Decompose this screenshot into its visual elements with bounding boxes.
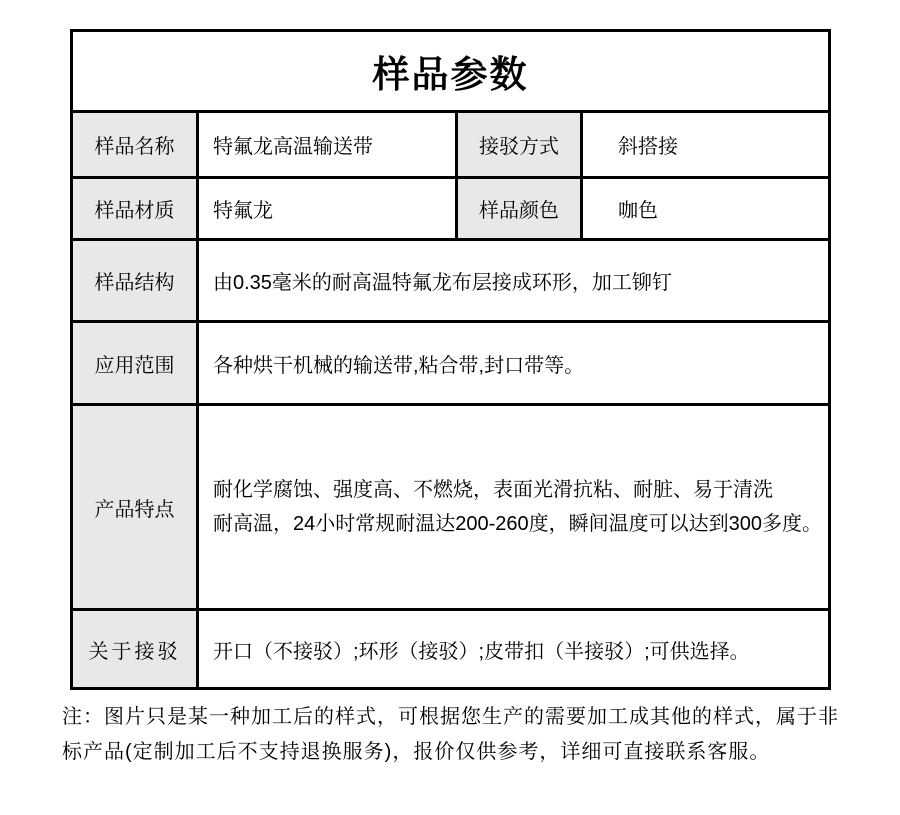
footer-note-line-2: 标产品(定制加工后不支持退换服务)，报价仅供参考，详细可直接联系客服。 (62, 735, 852, 770)
value-sample-color: 咖色 (583, 179, 828, 238)
value-sample-material: 特氟龙 (199, 179, 455, 238)
table-row-sample-name: 样品名称 特氟龙高温输送带 接驳方式 斜搭接 (73, 113, 828, 176)
footer-note: 注：图片只是某一种加工后的样式，可根据您生产的需要加工成其他的样式，属于非 标产… (62, 700, 852, 770)
table-row-sample-structure: 样品结构 由0.35毫米的耐高温特氟龙布层接成环形，加工铆钉 (73, 241, 828, 320)
label-sample-name: 样品名称 (73, 113, 196, 176)
value-joint-method: 斜搭接 (583, 113, 828, 176)
value-sample-structure: 由0.35毫米的耐高温特氟龙布层接成环形，加工铆钉 (199, 241, 828, 320)
value-product-features: 耐化学腐蚀、强度高、不燃烧，表面光滑抗粘、耐脏、易于清洗 耐高温，24小时常规耐… (199, 406, 828, 608)
label-sample-color: 样品颜色 (458, 179, 580, 238)
label-application-range: 应用范围 (73, 323, 196, 403)
table-row-about-joints: 关于接驳 开口（不接驳）;环形（接驳）;皮带扣（半接驳）;可供选择。 (73, 611, 828, 687)
product-features-line-2: 耐高温，24小时常规耐温达200-260度，瞬间温度可以达到300多度。 (213, 507, 822, 541)
label-sample-structure: 样品结构 (73, 241, 196, 320)
table-row-application-range: 应用范围 各种烘干机械的输送带,粘合带,封口带等。 (73, 323, 828, 403)
label-product-features: 产品特点 (73, 406, 196, 608)
value-sample-name: 特氟龙高温输送带 (199, 113, 455, 176)
table-row-sample-material: 样品材质 特氟龙 样品颜色 咖色 (73, 179, 828, 238)
label-sample-material: 样品材质 (73, 179, 196, 238)
value-application-range: 各种烘干机械的输送带,粘合带,封口带等。 (199, 323, 828, 403)
page-title: 样品参数 (73, 32, 828, 110)
product-features-line-1: 耐化学腐蚀、强度高、不燃烧，表面光滑抗粘、耐脏、易于清洗 (213, 473, 773, 507)
label-joint-method: 接驳方式 (458, 113, 580, 176)
value-about-joints: 开口（不接驳）;环形（接驳）;皮带扣（半接驳）;可供选择。 (199, 611, 828, 687)
label-about-joints: 关于接驳 (73, 611, 196, 687)
spec-table: 样品参数 样品名称 特氟龙高温输送带 接驳方式 斜搭接 样品材质 特氟龙 样品颜… (70, 29, 831, 690)
table-title-row: 样品参数 (73, 32, 828, 110)
footer-note-line-1: 注：图片只是某一种加工后的样式，可根据您生产的需要加工成其他的样式，属于非 (62, 700, 852, 735)
table-row-product-features: 产品特点 耐化学腐蚀、强度高、不燃烧，表面光滑抗粘、耐脏、易于清洗 耐高温，24… (73, 406, 828, 608)
